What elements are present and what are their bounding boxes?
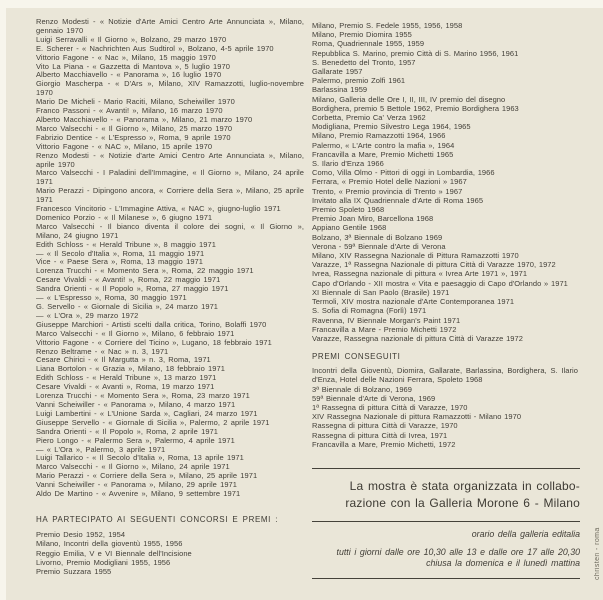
exhibition-item: Capo d'Orlando - XII mostra « Vita e pae…	[312, 279, 578, 288]
premi-item: Francavilla a Mare, Premio Michetti, 197…	[312, 440, 578, 449]
right-column: Milano, Premio S. Fedele 1955, 1956, 195…	[312, 21, 578, 449]
premi-item: Incontri della Gioventù, Diomira, Gallar…	[312, 366, 578, 384]
concorsi-list: Premio Desio 1952, 1954 Milano, Incontri…	[36, 530, 304, 576]
exhibition-item: XI Biennale di San Paolo (Brasile) 1971	[312, 288, 578, 297]
exhibition-item: Francavilla a Mare, Premio Michetti 1965	[312, 150, 578, 159]
premi-conseguiti-list: Incontri della Gioventù, Diomira, Gallar…	[312, 366, 578, 449]
concorsi-item: Reggio Emilia, V e VI Biennale dell'Inci…	[36, 549, 304, 558]
exhibition-item: Premio Joan Miro, Barcellona 1968	[312, 214, 578, 223]
exhibition-item: Trento, « Premio provincia di Trento » 1…	[312, 187, 578, 196]
exhibition-item: Ivrea, Rassegna nazionale di pittura « I…	[312, 269, 578, 278]
exhibition-item: Premio Spoleto 1968	[312, 205, 578, 214]
premi-item: 1ª Rassegna di pittura Città di Varazze,…	[312, 403, 578, 412]
exhibition-item: Modigliana, Premio Silvestro Lega 1964, …	[312, 122, 578, 131]
exhibition-item: Milano, XIV Rassegna Nazionale di Pittur…	[312, 251, 578, 260]
exhibition-item: Palermo, premio Zolfi 1961	[312, 76, 578, 85]
exhibition-item: Termoli, XIV mostra nazionale d'Arte Con…	[312, 297, 578, 306]
premi-item: Rassegna di pittura Città di Varazze, 19…	[312, 421, 578, 430]
exhibition-item: Como, Villa Olmo - Pittori di oggi in Lo…	[312, 168, 578, 177]
hours-line-2: chiusa la domenica e il lunedì mattina	[312, 558, 580, 570]
printer-credit: christen - roma	[594, 496, 601, 580]
catalog-page: Renzo Modesti - « Notizie d'Arte Amici C…	[6, 8, 603, 600]
exhibition-item: Repubblica S. Marino, premio Città di S.…	[312, 49, 578, 58]
premi-item: XIV Rassegna Nazionale di pittura Ramazz…	[312, 412, 578, 421]
exhibition-item: S. Ilario d'Enza 1966	[312, 159, 578, 168]
exhibition-item: Milano, Premio Diomira 1955	[312, 30, 578, 39]
premi-item: 3ª Biennale di Bolzano, 1969	[312, 385, 578, 394]
concorsi-heading: HA PARTECIPATO AI SEGUENTI CONCORSI E PR…	[36, 515, 304, 524]
gallery-hours: orario della galleria editalia tutti i g…	[312, 529, 580, 570]
press-review-item: Marco Valsecchi - Il bianco diventa il c…	[36, 223, 304, 241]
divider-top	[312, 468, 580, 469]
exhibition-item: Ravenna, IV Biennale Morgan's Paint 1971	[312, 316, 578, 325]
hours-line-1: tutti i giorni dalle ore 10,30 alle 13 e…	[312, 547, 580, 559]
press-review-item: Mario Perazzi - Dipingono ancora, « Corr…	[36, 187, 304, 205]
divider-middle	[312, 521, 580, 522]
exhibition-item: Gallarate 1957	[312, 67, 578, 76]
exhibition-item: Varazze, 1ª Rassegna Nazionale di pittur…	[312, 260, 578, 269]
concorsi-item: Livorno, Premio Modigliani 1955, 1956	[36, 558, 304, 567]
divider-bottom	[312, 578, 580, 579]
organizer-line-1: La mostra è stata organizzata in collabo…	[312, 478, 580, 495]
exhibition-item: Milano, Premio S. Fedele 1955, 1956, 195…	[312, 21, 578, 30]
press-review-item: Giorgio Mascherpa - « D'Ars », Milano, X…	[36, 80, 304, 98]
press-review-item: Marco Valsecchi - I Paladini dell'Immagi…	[36, 169, 304, 187]
hours-title: orario della galleria editalia	[312, 529, 580, 541]
premi-conseguiti-heading: PREMI CONSEGUITI	[312, 352, 578, 361]
exhibition-item: S. Benedetto del Tronto, 1957	[312, 58, 578, 67]
press-review-item: Renzo Modesti - « Notizie d'Arte Amici C…	[36, 18, 304, 36]
concorsi-item: Milano, Incontri della gioventù 1955, 19…	[36, 539, 304, 548]
exhibition-item: Invitato alla IX Quadriennale d'Arte di …	[312, 196, 578, 205]
organizer-line-2: razione con la Galleria Morone 6 - Milan…	[312, 495, 580, 512]
exhibition-item: Bolzano, 3ª Biennale di Bolzano 1969	[312, 233, 578, 242]
exhibition-item: Varazze, Rassegna nazionale di pittura C…	[312, 334, 578, 343]
premi-conseguiti-section: PREMI CONSEGUITI Incontri della Gioventù…	[312, 352, 578, 449]
exhibitions-list: Milano, Premio S. Fedele 1955, 1956, 195…	[312, 21, 578, 343]
exhibition-item: Corbetta, Premio Ca' Verza 1962	[312, 113, 578, 122]
concorsi-item: Premio Desio 1952, 1954	[36, 530, 304, 539]
exhibition-item: Milano, Galleria delle Ore I, II, III, I…	[312, 95, 578, 104]
exhibition-item: Barlassina 1959	[312, 85, 578, 94]
concorsi-section: HA PARTECIPATO AI SEGUENTI CONCORSI E PR…	[36, 515, 304, 576]
press-review-item: Aldo De Martino - « Avvenire », Milano, …	[36, 490, 304, 499]
press-review-item: Renzo Modesti - « Notizie d'arte Amici C…	[36, 152, 304, 170]
exhibition-item: Bordighera, premio 5 Bettole 1962, Premi…	[312, 104, 578, 113]
footer: La mostra è stata organizzata in collabo…	[312, 468, 580, 579]
exhibition-item: Verona - 59ª Biennale d'Arte di Verona	[312, 242, 578, 251]
exhibition-item: Palermo, « L'Arte contro la mafia », 196…	[312, 141, 578, 150]
premi-item: Rassegna di pittura Città di Ivrea, 1971	[312, 431, 578, 440]
premi-item: 59ª Biennale d'Arte di Verona, 1969	[312, 394, 578, 403]
left-column: Renzo Modesti - « Notizie d'Arte Amici C…	[36, 18, 304, 576]
exhibition-item: Roma, Quadriennale 1955, 1959	[312, 39, 578, 48]
press-review-list: Renzo Modesti - « Notizie d'Arte Amici C…	[36, 18, 304, 499]
concorsi-item: Premio Suzzara 1955	[36, 567, 304, 576]
exhibition-item: S. Sofia di Romagna (Forlì) 1971	[312, 306, 578, 315]
exhibition-item: Francavilla a Mare - Premio Michetti 197…	[312, 325, 578, 334]
exhibition-item: Milano, Premio Ramazzotti 1964, 1966	[312, 131, 578, 140]
organizer-note: La mostra è stata organizzata in collabo…	[312, 478, 580, 511]
exhibition-item: Ferrara, « Premio Hotel delle Nazioni » …	[312, 177, 578, 186]
exhibition-item: Appiano Gentile 1968	[312, 223, 578, 232]
